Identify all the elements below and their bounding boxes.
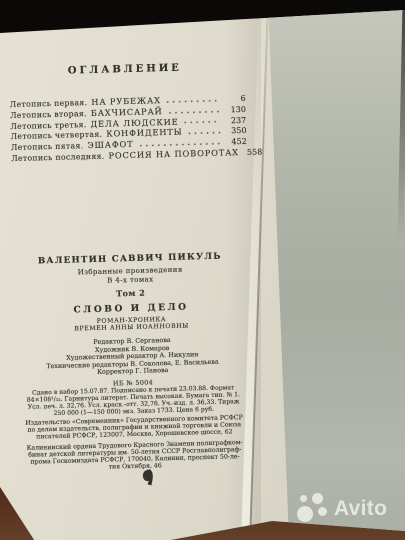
toc-page-number: 130 (224, 105, 246, 115)
toc-chapter-title: НА РУБЕЖАХ (91, 95, 161, 107)
editorial-staff: Редактор В. Серганова Художник В. Комаро… (6, 335, 259, 380)
toc-page-number: 558 (247, 147, 263, 156)
toc-page-number: 452 (225, 137, 247, 147)
toc-heading: ОГЛАВЛЕНИЕ (0, 61, 251, 79)
toc-page-number: 237 (224, 116, 246, 126)
print-run-colophon: Сдано в набор 15.07.87. Подписано к печа… (7, 384, 260, 419)
publisher-info: Издательство «Современник» Государственн… (8, 414, 260, 442)
book-photo: ОГЛАВЛЕНИЕ Летопись первая. НА РУБЕЖАХ 6… (0, 0, 405, 540)
toc-chapter-title: ЭШАФОТ (87, 139, 133, 150)
avito-wordmark: Avito (334, 497, 387, 521)
toc-page-number: 6 (224, 94, 246, 104)
toc-chapter-prefix: Летопись пятая. (11, 141, 84, 152)
avito-logo-icon (297, 492, 330, 526)
toc-page-number: 350 (224, 126, 246, 136)
table-of-contents: Летопись первая. НА РУБЕЖАХ 6 Летопись в… (10, 93, 248, 164)
printing-plant-info: Калининский ордена Трудового Красного Зн… (9, 439, 262, 474)
book-spread: ОГЛАВЛЕНИЕ Летопись первая. НА РУБЕЖАХ 6… (0, 0, 405, 540)
toc-chapter-prefix: Летопись третья. (10, 120, 87, 131)
volume-label: Том 2 (5, 285, 257, 302)
toc-chapter-prefix: Летопись последняя. (11, 152, 105, 163)
printed-page-content: ОГЛАВЛЕНИЕ Летопись первая. НА РУБЕЖАХ 6… (0, 52, 263, 528)
publisher-logo-icon (141, 468, 154, 486)
toc-chapter-prefix: Летопись вторая. (10, 109, 87, 120)
toc-chapter-title: РОССИЯ НА ПОВОРОТАХ (108, 147, 239, 160)
avito-watermark: Avito (297, 492, 387, 526)
